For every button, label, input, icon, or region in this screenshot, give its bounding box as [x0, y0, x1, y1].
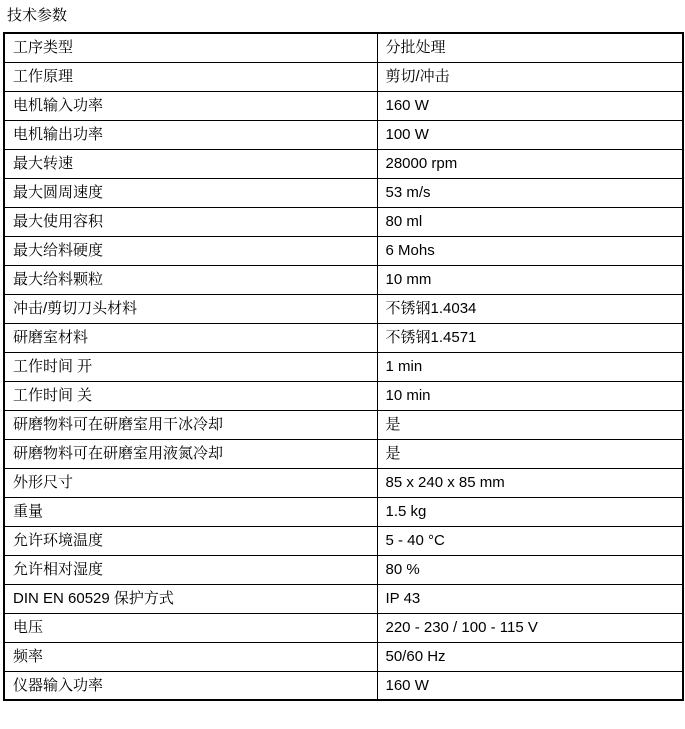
spec-label: 最大转速 [4, 149, 377, 178]
spec-value: 28000 rpm [377, 149, 683, 178]
spec-value: 10 min [377, 381, 683, 410]
spec-value: 100 W [377, 120, 683, 149]
spec-value: 50/60 Hz [377, 642, 683, 671]
spec-label: 外形尺寸 [4, 468, 377, 497]
table-row: 工作时间 开1 min [4, 352, 683, 381]
spec-value: 80 ml [377, 207, 683, 236]
table-row: 允许相对湿度80 % [4, 555, 683, 584]
spec-table-body: 工序类型分批处理工作原理剪切/冲击电机输入功率160 W电机输出功率100 W最… [4, 33, 683, 700]
table-row: 仪器输入功率160 W [4, 671, 683, 700]
table-row: 研磨物料可在研磨室用干冰冷却是 [4, 410, 683, 439]
table-row: 研磨物料可在研磨室用液氮冷却是 [4, 439, 683, 468]
spec-label: 最大给料硬度 [4, 236, 377, 265]
table-row: 电机输出功率100 W [4, 120, 683, 149]
table-row: 电机输入功率160 W [4, 91, 683, 120]
spec-label: 研磨物料可在研磨室用液氮冷却 [4, 439, 377, 468]
spec-label: 电机输入功率 [4, 91, 377, 120]
spec-value: 160 W [377, 91, 683, 120]
table-row: 频率50/60 Hz [4, 642, 683, 671]
table-row: 工序类型分批处理 [4, 33, 683, 62]
spec-label: 工作时间 关 [4, 381, 377, 410]
spec-label: 工作原理 [4, 62, 377, 91]
table-row: 允许环境温度5 - 40 °C [4, 526, 683, 555]
spec-label: 电机输出功率 [4, 120, 377, 149]
spec-table: 工序类型分批处理工作原理剪切/冲击电机输入功率160 W电机输出功率100 W最… [3, 32, 684, 701]
spec-value: 不锈钢1.4034 [377, 294, 683, 323]
spec-label: 最大给料颗粒 [4, 265, 377, 294]
spec-page: 技术参数 工序类型分批处理工作原理剪切/冲击电机输入功率160 W电机输出功率1… [0, 0, 685, 729]
table-row: 外形尺寸85 x 240 x 85 mm [4, 468, 683, 497]
table-row: 重量1.5 kg [4, 497, 683, 526]
table-row: 冲击/剪切刀头材料不锈钢1.4034 [4, 294, 683, 323]
spec-label: 最大圆周速度 [4, 178, 377, 207]
spec-value: 160 W [377, 671, 683, 700]
spec-value: 1 min [377, 352, 683, 381]
table-row: 电压220 - 230 / 100 - 115 V [4, 613, 683, 642]
spec-value: 5 - 40 °C [377, 526, 683, 555]
spec-label: 频率 [4, 642, 377, 671]
spec-label: 研磨室材料 [4, 323, 377, 352]
page-title: 技术参数 [0, 0, 685, 32]
spec-value: 1.5 kg [377, 497, 683, 526]
table-row: 工作时间 关10 min [4, 381, 683, 410]
spec-value: 剪切/冲击 [377, 62, 683, 91]
table-row: 最大圆周速度53 m/s [4, 178, 683, 207]
table-row: 最大给料硬度6 Mohs [4, 236, 683, 265]
table-row: 最大转速28000 rpm [4, 149, 683, 178]
spec-value: 10 mm [377, 265, 683, 294]
spec-label: DIN EN 60529 保护方式 [4, 584, 377, 613]
spec-value: 6 Mohs [377, 236, 683, 265]
spec-value: 85 x 240 x 85 mm [377, 468, 683, 497]
spec-value: 分批处理 [377, 33, 683, 62]
spec-label: 允许环境温度 [4, 526, 377, 555]
spec-value: 是 [377, 439, 683, 468]
spec-value: 220 - 230 / 100 - 115 V [377, 613, 683, 642]
spec-value: 是 [377, 410, 683, 439]
table-row: 最大给料颗粒10 mm [4, 265, 683, 294]
spec-value: 不锈钢1.4571 [377, 323, 683, 352]
spec-label: 工作时间 开 [4, 352, 377, 381]
spec-label: 重量 [4, 497, 377, 526]
spec-value: 80 % [377, 555, 683, 584]
spec-label: 允许相对湿度 [4, 555, 377, 584]
spec-label: 冲击/剪切刀头材料 [4, 294, 377, 323]
spec-label: 最大使用容积 [4, 207, 377, 236]
table-row: DIN EN 60529 保护方式IP 43 [4, 584, 683, 613]
spec-label: 仪器输入功率 [4, 671, 377, 700]
spec-value: IP 43 [377, 584, 683, 613]
spec-label: 研磨物料可在研磨室用干冰冷却 [4, 410, 377, 439]
table-row: 最大使用容积80 ml [4, 207, 683, 236]
spec-label: 工序类型 [4, 33, 377, 62]
spec-value: 53 m/s [377, 178, 683, 207]
spec-label: 电压 [4, 613, 377, 642]
table-row: 研磨室材料不锈钢1.4571 [4, 323, 683, 352]
table-row: 工作原理剪切/冲击 [4, 62, 683, 91]
